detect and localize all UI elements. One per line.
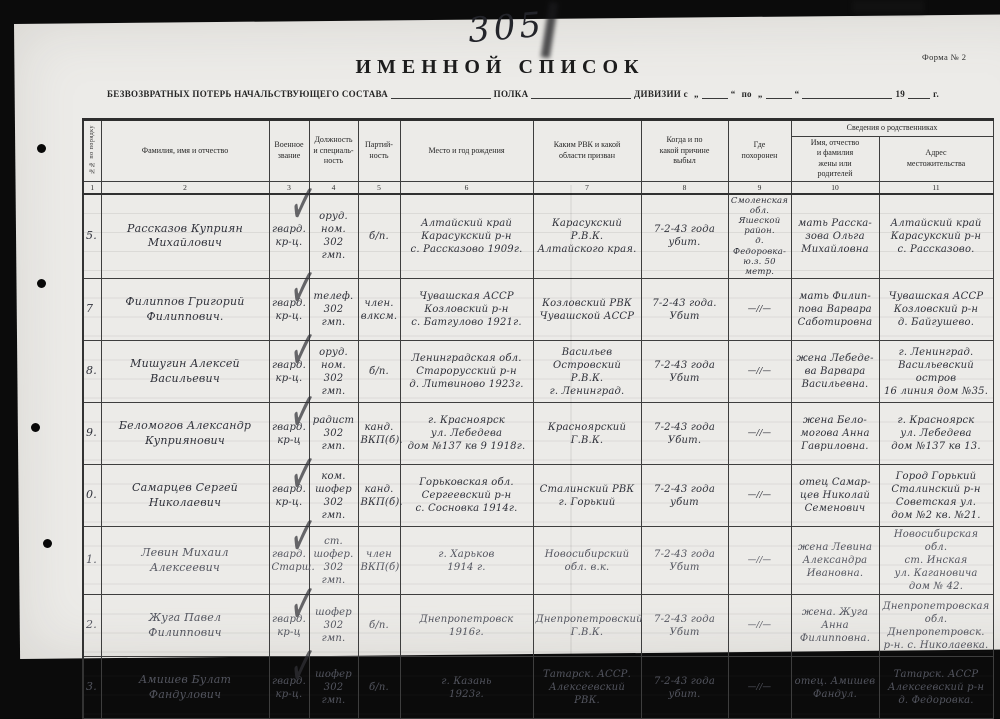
cell-birthplace: г. Красноярск ул. Лебедева дом №137 кв 9… bbox=[400, 403, 533, 465]
cell-name: Самарцев Сергей Николаевич bbox=[101, 465, 269, 527]
cell-relative: отец Самар- цев Николай Семенович bbox=[791, 465, 879, 527]
column-number-row: 1 2 3 4 5 6 7 8 9 10 11 bbox=[83, 181, 993, 194]
cell-duty: ком. шофер 302 гмп. bbox=[309, 465, 358, 527]
cell-rank: ✓гвард. кр-ц. bbox=[269, 279, 309, 341]
cell-duty: телеф. 302 гмп. bbox=[309, 279, 358, 341]
cell-birthplace: Ленинградская обл. Старорусский р-н д. Л… bbox=[400, 341, 533, 403]
cell-relative: отец. Амишев Фандул. bbox=[791, 657, 879, 665]
page-title: ИМЕННОЙ СПИСОК bbox=[0, 56, 1000, 79]
cell-burial-place: —//— bbox=[728, 465, 791, 527]
blank-line bbox=[391, 88, 491, 99]
cell-name: Амишев Булат Фандулович bbox=[101, 657, 269, 665]
col-header-relative: Имя, отчество и фамилия жены или родител… bbox=[791, 137, 879, 182]
cell-relative: жена Лебеде- ва Варвара Васильевна. bbox=[791, 341, 879, 403]
hole-punch bbox=[31, 423, 40, 432]
cell-address: Татарск. АССР Алексеевский р-н д. Федоро… bbox=[879, 657, 993, 665]
cell-party: канд. ВКП(б). bbox=[358, 465, 400, 527]
quote-mark: „ bbox=[755, 89, 766, 99]
cell-name: Филиппов Григорий Филиппович. bbox=[101, 279, 269, 341]
document-content: 305 Форма № 2 ИМЕННОЙ СПИСОК БЕЗВОЗВРАТН… bbox=[0, 0, 1000, 665]
cell-duty: оруд. ном. 302 гмп. bbox=[309, 341, 358, 403]
cell-birthplace: г. Казань 1923г. bbox=[400, 657, 533, 665]
cell-rvk: Красноярский Г.В.К. bbox=[533, 403, 641, 465]
hole-punch bbox=[43, 539, 52, 548]
cell-address: Новосибирская обл. ст. Инская ул. Кагано… bbox=[879, 527, 993, 595]
cell-rank: ✓гвард. кр-ц. bbox=[269, 465, 309, 527]
cell-party: член. влксм. bbox=[358, 279, 400, 341]
blank-line bbox=[766, 88, 792, 99]
cell-party: б/п. bbox=[358, 595, 400, 657]
col-number: 5 bbox=[358, 181, 400, 194]
cell-duty: шофер 302 гмп. bbox=[309, 657, 358, 665]
cell-row-number: 8. bbox=[83, 341, 101, 403]
cell-row-number: 9. bbox=[83, 403, 101, 465]
col-header-birth: Место и год рождения bbox=[400, 120, 533, 182]
cell-rank: ✓гвард. кр-ц bbox=[269, 595, 309, 657]
cell-casualty: 7-2-43 года Убит bbox=[641, 527, 728, 595]
cell-burial-place: —//— bbox=[728, 527, 791, 595]
col-number: 11 bbox=[879, 181, 993, 194]
subtitle-text: БЕЗВОЗВРАТНЫХ ПОТЕРЬ НАЧАЛЬСТВУЮЩЕГО СОС… bbox=[104, 89, 391, 99]
col-header-relatives-group: Сведения о родственниках bbox=[791, 120, 993, 137]
cell-rvk: Сталинский РВК г. Горький bbox=[533, 465, 641, 527]
cell-burial-place: —//— bbox=[728, 595, 791, 657]
casualty-list-table: №№ по порядку Фамилия, имя и отчество Во… bbox=[82, 118, 994, 665]
blank-line bbox=[908, 88, 930, 99]
cell-relative: мать Филип- пова Варвара Саботировна bbox=[791, 279, 879, 341]
subtitle-year-suffix: г. bbox=[930, 89, 942, 99]
col-number: 4 bbox=[309, 181, 358, 194]
col-number: 3 bbox=[269, 181, 309, 194]
cell-casualty: 7-2-43 года убит bbox=[641, 465, 728, 527]
cell-casualty: 7-2-43 года Убит bbox=[641, 341, 728, 403]
cell-relative: мать Расска- зова Ольга Михайловна bbox=[791, 194, 879, 279]
cell-casualty: 7-2-43 года. Убит bbox=[641, 279, 728, 341]
cell-name: Беломогов Александр Куприянович bbox=[101, 403, 269, 465]
table-row: 3. Амишев Булат Фандулович ✓гвард. кр-ц.… bbox=[83, 657, 993, 665]
cell-name: Мишугин Алексей Васильевич bbox=[101, 341, 269, 403]
cell-rank: ✓гвард. кр-ц. bbox=[269, 194, 309, 279]
table-row: 5. Рассказов Куприян Михайлович ✓гвард. … bbox=[83, 194, 993, 279]
cell-row-number: 7 bbox=[83, 279, 101, 341]
cell-birthplace: Чувашская АССР Козловский р-н с. Батгуло… bbox=[400, 279, 533, 341]
cell-rank: ✓гвард. кр-ц bbox=[269, 403, 309, 465]
cell-address: г. Ленинград. Васильевский остров 16 лин… bbox=[879, 341, 993, 403]
blank-line bbox=[802, 88, 892, 99]
cell-duty: оруд. ном. 302 гмп. bbox=[309, 194, 358, 279]
cell-duty: радист 302 гмп. bbox=[309, 403, 358, 465]
cell-duty: шофер 302 гмп. bbox=[309, 595, 358, 657]
col-header-when: Когда и по какой причине выбыл bbox=[641, 120, 728, 182]
cell-row-number: 2. bbox=[83, 595, 101, 657]
cell-casualty: 7-2-43 года убит. bbox=[641, 657, 728, 665]
scan-artifact-top bbox=[852, 0, 924, 13]
cell-burial-place: —//— bbox=[728, 403, 791, 465]
cell-relative: жена. Жуга Анна Филипповна. bbox=[791, 595, 879, 657]
cell-casualty: 7-2-43 года Убит. bbox=[641, 403, 728, 465]
cell-rvk: Васильев Островский Р.В.К. г. Ленинград. bbox=[533, 341, 641, 403]
cell-rvk: Днепропетровский Г.В.К. bbox=[533, 595, 641, 657]
table-row: 1. Левин Михаил Алексеевич ✓гвард. Старш… bbox=[83, 527, 993, 595]
col-header-rvk: Каким РВК и какой области призван bbox=[533, 120, 641, 182]
cell-birthplace: г. Харьков 1914 г. bbox=[400, 527, 533, 595]
cell-burial-place: Смоленская обл. Яшеской район. д. Федоро… bbox=[728, 194, 791, 279]
subtitle-year: 19 bbox=[892, 89, 908, 99]
col-number: 6 bbox=[400, 181, 533, 194]
cell-party: канд. ВКП(б). bbox=[358, 403, 400, 465]
col-number: 2 bbox=[101, 181, 269, 194]
cell-address: Чувашская АССР Козловский р-н д. Байгуше… bbox=[879, 279, 993, 341]
cell-rvk: Татарск. АССР. Алексеевский РВК. bbox=[533, 657, 641, 665]
cell-rank: ✓гвард. кр-ц. bbox=[269, 657, 309, 665]
cell-row-number: 3. bbox=[83, 657, 101, 665]
cell-birthplace: Днепропетровск 1916г. bbox=[400, 595, 533, 657]
hole-punch bbox=[37, 279, 46, 288]
cell-party: б/п. bbox=[358, 341, 400, 403]
col-header-buried: Где похоронен bbox=[728, 120, 791, 182]
quote-mark: “ bbox=[792, 89, 803, 99]
col-number: 10 bbox=[791, 181, 879, 194]
subtitle-po: по bbox=[739, 89, 755, 99]
quote-mark: “ bbox=[728, 89, 739, 99]
col-number: 8 bbox=[641, 181, 728, 194]
cell-row-number: 5. bbox=[83, 194, 101, 279]
cell-name: Левин Михаил Алексеевич bbox=[101, 527, 269, 595]
cell-duty: ст. шофер. 302 гмп. bbox=[309, 527, 358, 595]
table-row: 7 Филиппов Григорий Филиппович. ✓гвард. … bbox=[83, 279, 993, 341]
col-header-name: Фамилия, имя и отчество bbox=[101, 120, 269, 182]
blank-line bbox=[702, 88, 728, 99]
col-header-party: Партий- ность bbox=[358, 120, 400, 182]
cell-burial-place: —//— bbox=[728, 279, 791, 341]
handwritten-page-number: 305 bbox=[466, 1, 589, 51]
header-row: №№ по порядку Фамилия, имя и отчество Во… bbox=[83, 120, 993, 137]
table-row: 8. Мишугин Алексей Васильевич ✓гвард. кр… bbox=[83, 341, 993, 403]
cell-party: б/п. bbox=[358, 194, 400, 279]
cell-casualty: 7-2-43 года убит. bbox=[641, 194, 728, 279]
col-header-duty: Должность и специаль- ность bbox=[309, 120, 358, 182]
blank-line bbox=[531, 88, 631, 99]
cell-rvk: Карасукский Р.В.К. Алтайского края. bbox=[533, 194, 641, 279]
cell-address: г. Красноярск ул. Лебедева дом №137 кв 1… bbox=[879, 403, 993, 465]
col-header-address: Адрес местожительства bbox=[879, 137, 993, 182]
subtitle-line: БЕЗВОЗВРАТНЫХ ПОТЕРЬ НАЧАЛЬСТВУЮЩЕГО СОС… bbox=[104, 88, 942, 99]
cell-party: член ВКП(б) bbox=[358, 527, 400, 595]
cell-name: Рассказов Куприян Михайлович bbox=[101, 194, 269, 279]
col-number: 9 bbox=[728, 181, 791, 194]
paper-crease bbox=[570, 185, 572, 655]
col-number: 7 bbox=[533, 181, 641, 194]
cell-burial-place: —//— bbox=[728, 657, 791, 665]
cell-casualty: 7-2-43 года Убит bbox=[641, 595, 728, 657]
hole-punch bbox=[37, 144, 46, 153]
col-number: 1 bbox=[83, 181, 101, 194]
cell-birthplace: Горьковская обл. Сергеевский р-н с. Сосн… bbox=[400, 465, 533, 527]
cell-burial-place: —//— bbox=[728, 341, 791, 403]
col-header-num: №№ по порядку bbox=[83, 120, 101, 182]
cell-rank: ✓гвард. кр-ц. bbox=[269, 341, 309, 403]
cell-address: Днепропетровская обл. Днепропетровск. р-… bbox=[879, 595, 993, 657]
cell-name: Жуга Павел Филиппович bbox=[101, 595, 269, 657]
subtitle-divizii: ДИВИЗИИ с bbox=[631, 89, 691, 99]
table-row: 9. Беломогов Александр Куприянович ✓гвар… bbox=[83, 403, 993, 465]
quote-mark: „ bbox=[691, 89, 702, 99]
cell-row-number: 0. bbox=[83, 465, 101, 527]
table-row: 2. Жуга Павел Филиппович ✓гвард. кр-ц шо… bbox=[83, 595, 993, 657]
cell-rank: ✓гвард. Старш. bbox=[269, 527, 309, 595]
col-header-rank: Военное звание bbox=[269, 120, 309, 182]
cell-rvk: Новосибирский обл. в.к. bbox=[533, 527, 641, 595]
cell-address: Город Горький Сталинский р-н Советская у… bbox=[879, 465, 993, 527]
cell-rvk: Козловский РВК Чувашской АССР bbox=[533, 279, 641, 341]
cell-party: б/п. bbox=[358, 657, 400, 665]
cell-relative: жена Бело- могова Анна Гавриловна. bbox=[791, 403, 879, 465]
cell-relative: жена Левина Александра Ивановна. bbox=[791, 527, 879, 595]
cell-address: Алтайский край Карасукский р-н с. Расска… bbox=[879, 194, 993, 279]
cell-birthplace: Алтайский край Карасукский р-н с. Расска… bbox=[400, 194, 533, 279]
table-row: 0. Самарцев Сергей Николаевич ✓гвард. кр… bbox=[83, 465, 993, 527]
subtitle-polka: ПОЛКА bbox=[491, 89, 532, 99]
cell-row-number: 1. bbox=[83, 527, 101, 595]
